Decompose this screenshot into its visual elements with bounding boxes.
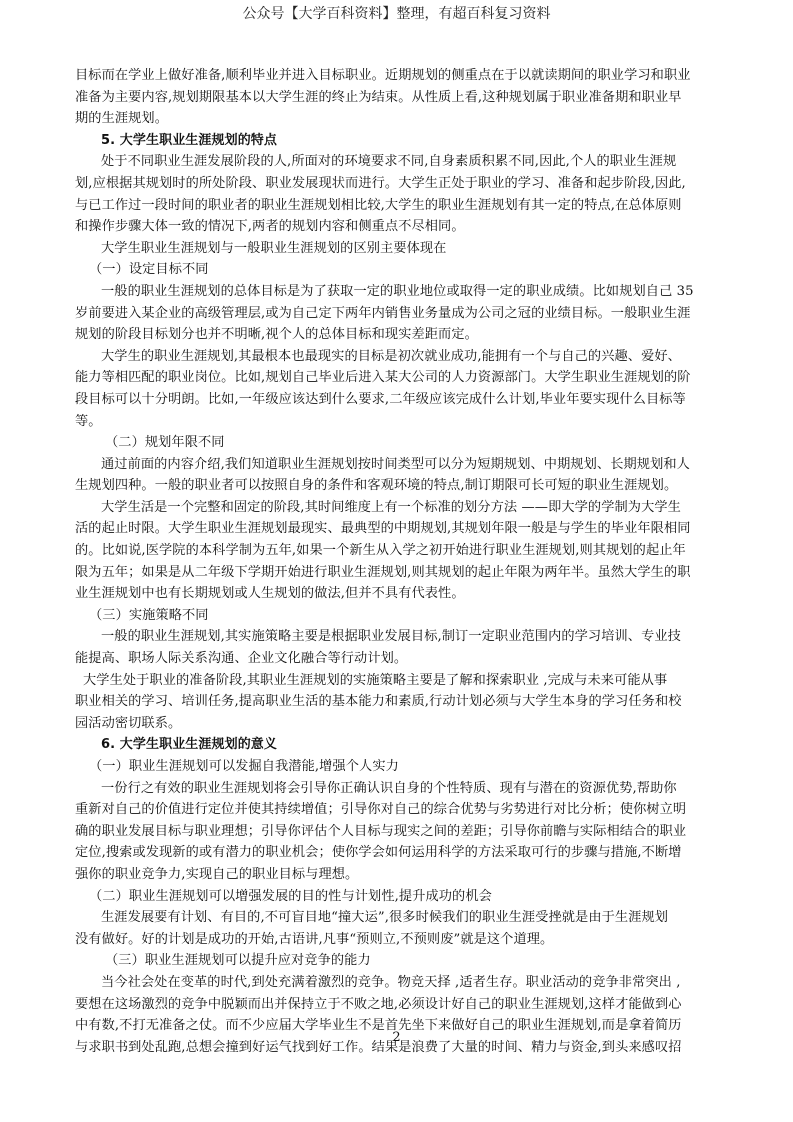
text-line: 段目标可以十分明朗。比如,一年级应该达到什么要求,二年级应该完成什么计划,毕业年… (75, 389, 720, 411)
text-line: （三）实施策略不同 (75, 605, 720, 627)
text-line: 没有做好。好的计划是成功的开始,古语讲,凡事“预则立,不预则废”就是这个道理。 (75, 929, 720, 951)
text-line: 的。比如说,医学院的本科学制为五年,如果一个新生从入学之初开始进行职业生涯规划,… (75, 540, 720, 562)
section-heading: 5. 大学生职业生涯规划的特点 (75, 130, 720, 152)
page-header: 公众号【大学百科资料】整理，有超百科复习资料 (0, 4, 793, 24)
text-line: 一般的职业生涯规划的总体目标是为了获取一定的职业地位或取得一定的职业成绩。比如规… (75, 281, 720, 303)
text-line: 生涯发展要有计划、有目的,不可盲目地“撞大运”,很多时候我们的职业生涯受挫就是由… (75, 907, 720, 929)
text-line: 规划的阶段目标划分也并不明晰,视个人的总体目标和现实差距而定。 (75, 324, 720, 346)
text-line: 大学生处于职业的准备阶段,其职业生涯规划的实施策略主要是了解和探索职业 ,完成与… (75, 670, 720, 692)
text-line: 业生涯规划中也有长期规划或人生规划的做法,但并不具有代表性。 (75, 583, 720, 605)
text-line: 生规划四种。一般的职业者可以按照自身的条件和客观环境的特点,制订期限可长可短的职… (75, 475, 720, 497)
text-line: （一）职业生涯规划可以发掘自我潜能,增强个人实力 (75, 756, 720, 778)
text-line: 大学生职业生涯规划与一般职业生涯规划的区别主要体现在 (75, 238, 720, 260)
text-line: 通过前面的内容介绍,我们知道职业生涯规划按时间类型可以分为短期规划、中期规划、长… (75, 454, 720, 476)
text-line: 一份行之有效的职业生涯规划将会引导你正确认识自身的个性特质、现有与潜在的资源优势… (75, 778, 720, 800)
page-number: 2 (0, 1030, 793, 1045)
text-line: 与已工作过一段时间的职业者的职业生涯规划相比较,大学生的职业生涯规划有其一定的特… (75, 195, 720, 217)
text-line: 活的起止时限。大学生职业生涯规划最现实、最典型的中期规划,其规划年限一般是与学生… (75, 518, 720, 540)
text-line: 强你的职业竞争力,实现自己的职业目标与理想。 (75, 864, 720, 886)
text-line: 一般的职业生涯规划,其实施策略主要是根据职业发展目标,制订一定职业范围内的学习培… (75, 626, 720, 648)
text-line: 能提高、职场人际关系沟通、企业文化融合等行动计划。 (75, 648, 720, 670)
text-line: 大学生活是一个完整和固定的阶段,其时间维度上有一个标准的划分方法 ——即大学的学… (75, 497, 720, 519)
text-line: 限为五年；如果是从二年级下学期开始进行职业生涯规划,则其规划的起止年限为两年半。… (75, 562, 720, 584)
text-line: （二）职业生涯规划可以增强发展的目的性与计划性,提升成功的机会 (75, 886, 720, 908)
text-line: 确的职业发展目标与职业理想；引导你评估个人目标与现实之间的差距；引导你前瞻与实际… (75, 821, 720, 843)
text-line: 定位,搜索或发现新的或有潜力的职业机会；使你学会如何运用科学的方法采取可行的步骤… (75, 842, 720, 864)
text-line: （二）规划年限不同 (75, 432, 720, 454)
text-line: 大学生的职业生涯规划,其最根本也最现实的目标是初次就业成功,能拥有一个与自己的兴… (75, 346, 720, 368)
text-line: （三）职业生涯规划可以提升应对竞争的能力 (75, 950, 720, 972)
text-line: 准备为主要内容,规划期限基本以大学生涯的终止为结束。从性质上看,这种规划属于职业… (75, 87, 720, 109)
text-line: 目标而在学业上做好准备,顺利毕业并进入目标职业。近期规划的侧重点在于以就读期间的… (75, 65, 720, 87)
text-line: 等。 (75, 411, 720, 433)
text-line: 重新对自己的价值进行定位并使其持续增值；引导你对自己的综合优势与劣势进行对比分析… (75, 799, 720, 821)
text-line: 园活动密切联系。 (75, 713, 720, 735)
text-line: 要想在这场激烈的竞争中脱颖而出并保持立于不败之地,必须设计好自己的职业生涯规划,… (75, 994, 720, 1016)
text-line: 处于不同职业生涯发展阶段的人,所面对的环境要求不同,自身素质积累不同,因此,个人… (75, 151, 720, 173)
text-line: 期的生涯规划。 (75, 108, 720, 130)
document-body: 目标而在学业上做好准备,顺利毕业并进入目标职业。近期规划的侧重点在于以就读期间的… (75, 65, 720, 1058)
text-line: 和操作步骤大体一致的情况下,两者的规划内容和侧重点不尽相同。 (75, 216, 720, 238)
text-line: 划,应根据其规划时的所处阶段、职业发展现状而进行。大学生正处于职业的学习、准备和… (75, 173, 720, 195)
text-line: 能力等相匹配的职业岗位。比如,规划自己毕业后进入某大公司的人力资源部门。大学生职… (75, 367, 720, 389)
text-line: 岁前要进入某企业的高级管理层,或为自己定下两年内销售业务量成为公司之冠的业绩目标… (75, 303, 720, 325)
text-line: 当今社会处在变革的时代,到处充满着激烈的竞争。物竞天择 ,适者生存。职业活动的竞… (75, 972, 720, 994)
text-line: （一）设定目标不同 (75, 259, 720, 281)
section-heading: 6. 大学生职业生涯规划的意义 (75, 734, 720, 756)
text-line: 职业相关的学习、培训任务,提高职业生活的基本能力和素质,行动计划必须与大学生本身… (75, 691, 720, 713)
